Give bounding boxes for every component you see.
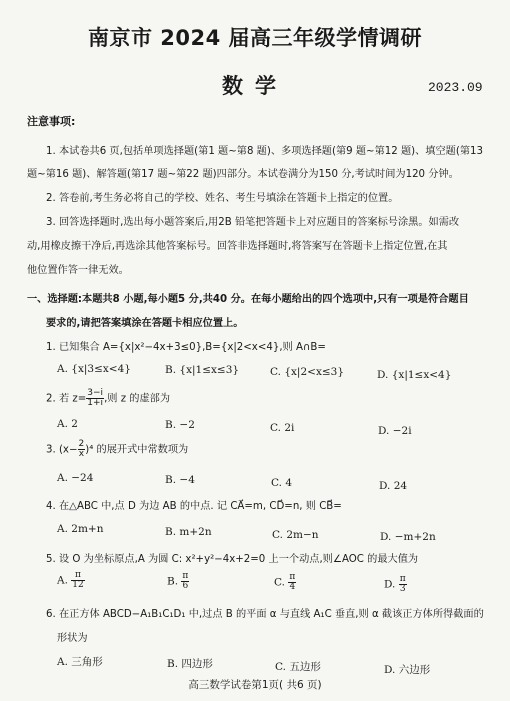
- question-2-stem-prefix: 2. 若 z=: [46, 394, 86, 405]
- notice-item-3-line-1: 3. 回答选择题时,选出每小题答案后,用2B 铅笔把答题卡上对应题目的答案标号涂…: [46, 213, 459, 228]
- question-3-option-d: D. 24: [379, 480, 407, 492]
- question-1-stem: 1. 已知集合 A={x|x²−4x+3≤0},B={x|2<x<4},则 A∩…: [46, 338, 326, 353]
- question-3-option-a: A. −24: [57, 472, 93, 484]
- exam-title: 南京市 2024 届高三年级学情调研: [0, 22, 510, 52]
- question-2-option-a: A. 2: [57, 418, 78, 430]
- question-5-option-a: A. π12: [57, 571, 85, 590]
- question-5-option-d: D. π3: [384, 575, 407, 594]
- question-3-option-c: C. 4: [271, 477, 292, 489]
- question-3-stem: 3. (x−2x)⁴ 的展开式中常数项为: [46, 440, 188, 459]
- question-3-stem-suffix: )⁴ 的展开式中常数项为: [85, 445, 188, 456]
- question-2-stem-suffix: ,则 z 的虚部为: [104, 394, 170, 405]
- question-4-option-d: D. −m+2n: [380, 531, 436, 543]
- question-2-option-c: C. 2i: [270, 422, 294, 434]
- question-5-option-c: C. π4: [274, 573, 296, 592]
- question-4-stem: 4. 在△ABC 中,点 D 为边 AB 的中点. 记 CA⃗=m, CD⃗=n…: [46, 497, 342, 512]
- question-6-stem-line-2: 形状为: [57, 629, 88, 644]
- notice-item-1-line-2: 题~第16 题)、解答题(第17 题~第22 题)四部分。本试卷满分为150 分…: [27, 165, 459, 180]
- exam-date: 2023.09: [428, 80, 483, 95]
- notice-item-3-line-3: 他位置作答一律无效。: [27, 261, 129, 276]
- question-1-option-a: A. {x|3≤x<4}: [57, 363, 131, 375]
- question-2-option-d: D. −2i: [378, 425, 412, 437]
- notice-item-2: 2. 答卷前,考生务必将自己的学校、姓名、考生号填涂在答题卡上指定的位置。: [46, 189, 398, 204]
- question-1-option-c: C. {x|2<x≤3}: [270, 366, 344, 378]
- notice-item-1-line-1: 1. 本试卷共6 页,包括单项选择题(第1 题~第8 题)、多项选择题(第9 题…: [46, 142, 483, 157]
- question-5-stem: 5. 设 O 为坐标原点,A 为圆 C: x²+y²−4x+2=0 上一个动点,…: [46, 550, 418, 565]
- question-6-option-a: A. 三角形: [57, 654, 103, 669]
- question-3-option-b: B. −4: [165, 474, 195, 486]
- question-1-option-b: B. {x|1≤x≤3}: [165, 364, 239, 376]
- question-2-option-b: B. −2: [165, 419, 195, 431]
- question-5-option-b: B. π6: [167, 572, 189, 591]
- question-6-option-d: D. 六边形: [384, 662, 430, 677]
- question-4-option-b: B. m+2n: [165, 526, 212, 538]
- section-heading-line-1: 一、选择题:本题共8 小题,每小题5 分,共40 分。在每小题给出的四个选项中,…: [27, 290, 469, 305]
- question-4-option-a: A. 2m+n: [57, 523, 103, 535]
- question-6-option-b: B. 四边形: [167, 656, 213, 671]
- question-2-stem: 2. 若 z=3−i1+i,则 z 的虚部为: [46, 389, 170, 408]
- question-4-option-c: C. 2m−n: [272, 529, 319, 541]
- question-1-option-d: D. {x|1≤x<4}: [377, 369, 451, 381]
- notice-heading: 注意事项:: [27, 113, 75, 129]
- question-3-stem-prefix: 3. (x−: [46, 445, 78, 456]
- question-6-stem-line-1: 6. 在正方体 ABCD−A₁B₁C₁D₁ 中,过点 B 的平面 α 与直线 A…: [46, 605, 484, 620]
- page-footer: 高三数学试卷第1页( 共6 页): [0, 677, 510, 692]
- section-heading-line-2: 要求的,请把答案填涂在答题卡相应位置上。: [46, 314, 243, 329]
- notice-item-3-line-2: 动,用橡皮擦干净后,再选涂其他答案标号。回答非选择题时,将答案写在答题卡上指定位…: [27, 237, 447, 252]
- question-2-fraction: 3−i1+i: [86, 389, 104, 408]
- question-6-option-c: C. 五边形: [275, 659, 321, 674]
